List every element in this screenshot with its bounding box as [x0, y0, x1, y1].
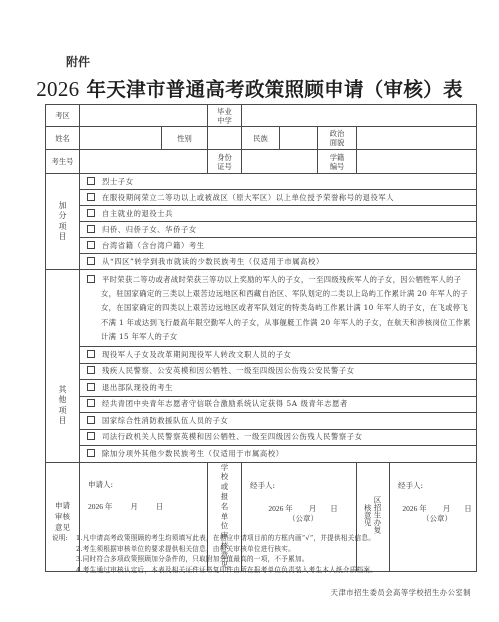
other-row-long: 其他项目 平时荣获二等功或者战时荣获三等功以上奖励的军人的子女，一至四级残疾军人… [46, 270, 477, 347]
bonus-option[interactable]: 在服役期间荣立二等功以上或被战区（原大军区）以上单位授予荣誉称号的退役军人 [80, 190, 477, 206]
checkbox[interactable] [87, 399, 95, 407]
notes-prefix: 说明: [52, 533, 76, 544]
other-option[interactable]: 现役军人子女及改革期间现役军人转改文职人员的子女 [80, 347, 477, 364]
other-option[interactable]: 残疾人民警察、公安英模和因公牺牲、一级至四级因公伤残公安民警子女 [80, 363, 477, 380]
name-field[interactable] [80, 127, 162, 150]
exam-district-label: 考区 [46, 105, 80, 127]
name-label: 姓名 [46, 127, 80, 150]
other-option-military-children[interactable]: 平时荣获二等功或者战时荣获三等功以上奖励的军人的子女，一至四级残疾军人的子女，因… [80, 270, 477, 347]
exam-district-field[interactable] [80, 105, 208, 127]
other-option[interactable]: 除加分项外其他少数民族考生（仅适用于市属高校） [80, 446, 477, 463]
other-option[interactable]: 国家综合性消防救援队伍人员的子女 [80, 413, 477, 430]
checkbox[interactable] [87, 432, 95, 440]
id-number-field[interactable] [242, 150, 318, 174]
political-status-label: 政治面貌 [318, 127, 357, 150]
title-year: 2026 [36, 77, 79, 101]
other-row: 除加分项外其他少数民族考生（仅适用于市属高校） [46, 446, 477, 463]
school-handler-label: 经手人: [250, 481, 356, 491]
gender-field[interactable] [208, 127, 242, 150]
bonus-option[interactable]: 归侨、归侨子女、华侨子女 [80, 222, 477, 238]
district-handler-label: 经手人: [398, 481, 476, 491]
bonus-row: 台湾省籍（含台湾户籍）考生 [46, 238, 477, 254]
bonus-option[interactable]: 烈士子女 [80, 174, 477, 190]
checkbox[interactable] [87, 350, 95, 358]
note-item: 4.考生通过审核认定后，本表及相关证件证书复印件由所在报考单位负责装入考生本人纸… [76, 565, 377, 576]
attachment-label: 附件 [66, 53, 90, 70]
candidate-number-label: 考生号 [46, 150, 80, 174]
bonus-option[interactable]: 从“四区”转学到我市就读的少数民族考生（仅适用于市属高校） [80, 254, 477, 270]
other-option[interactable]: 经共青团中央青年志愿者守信联合激励系统认定获得 5A 级青年志愿者 [80, 396, 477, 413]
title-text: 年天津市普通高考政策照顾申请（审核）表 [79, 78, 462, 101]
candidate-number-field[interactable] [80, 150, 208, 174]
checkbox[interactable] [87, 225, 95, 233]
bonus-section-label: 加分项目 [46, 174, 80, 270]
note-item: 1.凡申请高考政策照顾的考生均须填写此表，在相应申请项目前的方框内画“√”，并提… [76, 533, 375, 544]
checkbox[interactable] [87, 209, 95, 217]
other-row: 残疾人民警察、公安英模和因公牺牲、一级至四级因公伤残公安民警子女 [46, 363, 477, 380]
district-signature-cell[interactable]: 经手人: 2026 年月日 （公章） [390, 462, 477, 571]
checkbox[interactable] [87, 177, 95, 185]
bonus-row: 从“四区”转学到我市就读的少数民族考生（仅适用于市属高校） [46, 254, 477, 270]
note-item: 3.同时符合多项政策照顾加分条件的，只取附加分值最高的一项，不予累加。 [76, 554, 309, 565]
registry-number-label: 学籍编号 [318, 150, 357, 174]
checkbox[interactable] [87, 383, 95, 391]
other-row: 司法行政机关人民警察英模和因公牺牲、一级至四级因公伤残人民警察子女 [46, 429, 477, 446]
other-option[interactable]: 司法行政机关人民警察英模和因公牺牲、一级至四级因公伤残人民警察子女 [80, 429, 477, 446]
checkbox[interactable] [87, 449, 95, 457]
other-option[interactable]: 退出部队现役的考生 [80, 380, 477, 397]
political-status-field[interactable] [357, 127, 477, 150]
ethnicity-label: 民族 [242, 127, 280, 150]
bonus-row: 自主就业的退役士兵 [46, 206, 477, 222]
graduated-school-label: 毕业中学 [208, 105, 242, 127]
district-seal: （公章） [398, 514, 476, 524]
applicant-date: 2026 年月日 [88, 502, 207, 512]
other-section-label: 其他项目 [46, 270, 80, 463]
document-title: 2026 年天津市普通高考政策照顾申请（审核）表 [0, 74, 499, 102]
other-row: 国家综合性消防救援队伍人员的子女 [46, 413, 477, 430]
row-candidate-number: 考生号 身份证号 学籍编号 [46, 150, 477, 174]
registry-number-field[interactable] [357, 150, 477, 174]
graduated-school-field[interactable] [242, 105, 477, 127]
bonus-option[interactable]: 台湾省籍（含台湾户籍）考生 [80, 238, 477, 254]
bonus-row: 在服役期间荣立二等功以上或被战区（原大军区）以上单位授予荣誉称号的退役军人 [46, 190, 477, 206]
bonus-option[interactable]: 自主就业的退役士兵 [80, 206, 477, 222]
notes-section: 说明:1.凡申请高考政策照顾的考生均须填写此表，在相应申请项目前的方框内画“√”… [52, 533, 377, 575]
note-item: 2.考生须根据审核单位的要求提供相关信息，由相关审核单位进行核实。 [76, 544, 295, 555]
bonus-row: 归侨、归侨子女、华侨子女 [46, 222, 477, 238]
issuer-footer: 天津市招生委员会高等学校招生办公室制 [331, 588, 471, 598]
row-name: 姓名 性别 民族 政治面貌 [46, 127, 477, 150]
row-exam-district: 考区 毕业中学 [46, 105, 477, 127]
application-form-table: 考区 毕业中学 姓名 性别 民族 政治面貌 考生号 身份证号 学籍编号 加分项目… [45, 104, 477, 572]
ethnicity-field[interactable] [280, 127, 318, 150]
checkbox[interactable] [87, 275, 95, 283]
other-row: 经共青团中央青年志愿者守信联合激励系统认定获得 5A 级青年志愿者 [46, 396, 477, 413]
bonus-row: 加分项目 烈士子女 [46, 174, 477, 190]
checkbox[interactable] [87, 257, 95, 265]
checkbox[interactable] [87, 193, 95, 201]
gender-label: 性别 [162, 127, 208, 150]
other-row: 退出部队现役的考生 [46, 380, 477, 397]
applicant-label: 申请人: [88, 480, 207, 490]
id-number-label: 身份证号 [208, 150, 242, 174]
school-seal: （公章） [250, 514, 356, 524]
checkbox[interactable] [87, 366, 95, 374]
school-date: 2026 年月日 [250, 504, 356, 514]
district-date: 2026 年月日 [398, 504, 476, 514]
other-row: 现役军人子女及改革期间现役军人转改文职人员的子女 [46, 347, 477, 364]
checkbox[interactable] [87, 416, 95, 424]
checkbox[interactable] [87, 241, 95, 249]
